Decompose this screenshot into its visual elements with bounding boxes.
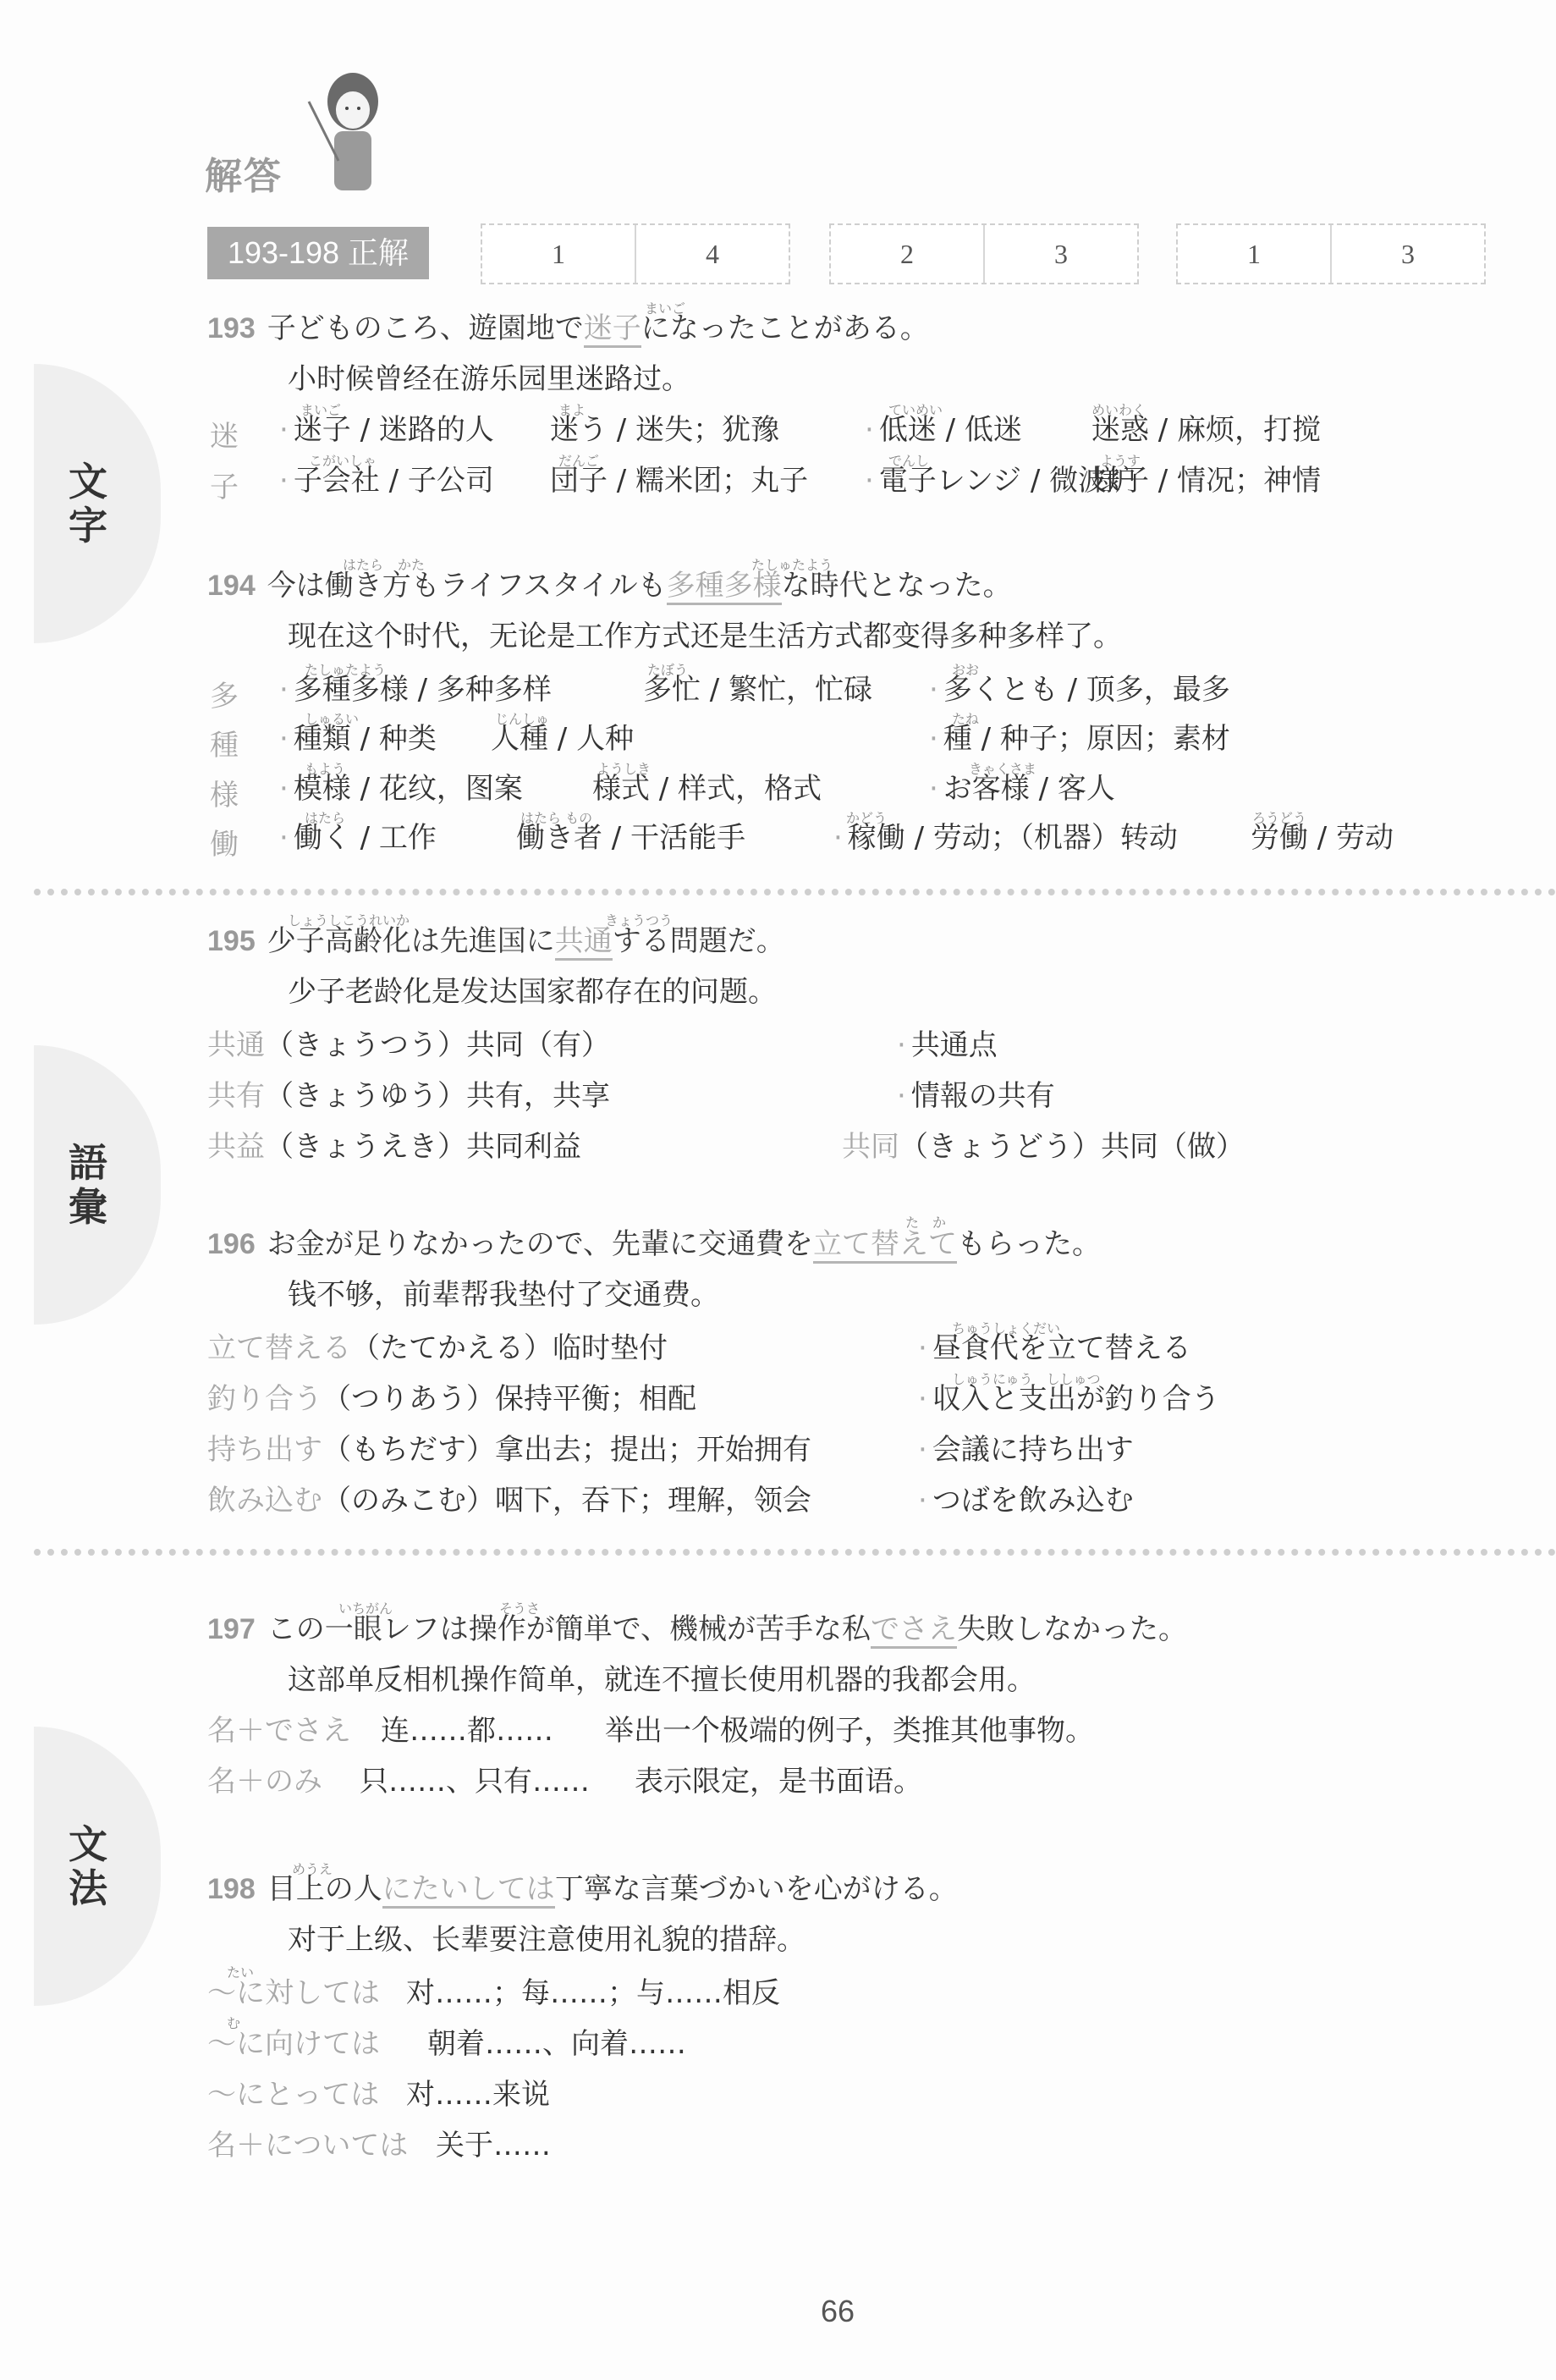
grammar-term: 名＋については <box>207 2129 436 2162</box>
vocab-term: 飲み込む <box>207 1484 322 1518</box>
answer-group-3: 1 3 <box>1176 223 1486 284</box>
vocab-term: 持ち出す <box>207 1433 322 1467</box>
answer-highlight: 多種多様 <box>667 569 782 605</box>
question-195: 195少子高齢化は先進国に共通する問題だ。 <box>207 924 785 958</box>
question-text: な時代となった。 <box>782 569 1012 603</box>
vocab-reading: （きょうゆう） <box>265 1079 466 1113</box>
vocab-text: 様子 / 情况；神情 <box>1091 464 1321 498</box>
example-text: 共通点 <box>911 1028 998 1062</box>
question-number: 196 <box>207 1228 256 1260</box>
answer-cell: 3 <box>983 225 1137 283</box>
vocab-item: ·模様 / 花纹，图案 <box>279 772 523 806</box>
answer-group-2: 2 3 <box>829 223 1139 284</box>
grammar-note: 举出一个极端的例子，类推其他事物。 <box>605 1714 1094 1748</box>
translation: 小时候曾经在游乐园里迷路过。 <box>288 362 690 396</box>
side-tab-bunpou: 文法 <box>34 1727 161 2006</box>
grammar-entry: 名＋については关于…… <box>207 2129 551 2162</box>
kanji-key: 様 <box>210 772 239 813</box>
example-text: 情報の共有 <box>911 1079 1055 1113</box>
vocab-item: 迷惑 / 麻烦，打搅 <box>1091 413 1321 447</box>
question-number: 193 <box>207 312 256 344</box>
vocab-example: ·共通点 <box>897 1028 998 1062</box>
vocab-item: 労働 / 劳动 <box>1251 821 1394 855</box>
answer-cell: 3 <box>1330 225 1484 283</box>
vocab-meaning: 共同利益 <box>466 1130 581 1164</box>
vocab-text: お客様 / 客人 <box>943 772 1115 806</box>
vocab-item: 様式 / 样式，格式 <box>592 772 822 806</box>
vocab-text: 低迷 / 低迷 <box>879 413 1022 447</box>
vocab-text: 種類 / 种类 <box>294 722 437 756</box>
page-title: 解答 <box>205 146 283 200</box>
grammar-term: ～に対しては <box>207 1976 406 2010</box>
vocab-reading: （きょうえき） <box>265 1130 466 1164</box>
example-text: 収入と支出が釣り合う <box>932 1382 1220 1416</box>
question-number: 195 <box>207 925 256 957</box>
question-text: お金が足りなかったので、先輩に交通費を <box>267 1227 813 1261</box>
vocab-term: 共同 <box>842 1130 899 1164</box>
vocab-example: ·収入と支出が釣り合う <box>918 1382 1220 1416</box>
example-text: 会議に持ち出す <box>932 1433 1134 1467</box>
vocab-item: ·種類 / 种类 <box>279 722 437 756</box>
grammar-meaning: 只……、只有…… <box>360 1765 635 1799</box>
grammar-meaning: 对……；每……；与……相反 <box>406 1976 780 2010</box>
vocab-item: ·低迷 / 低迷 <box>865 413 1022 447</box>
question-text: する問題だ。 <box>613 924 785 958</box>
side-tab-label: 語彙 <box>66 1141 110 1229</box>
question-text: 目上の人 <box>267 1872 382 1906</box>
kanji-key: 働 <box>210 821 239 862</box>
teacher-illustration-icon <box>300 68 393 203</box>
answer-cell: 1 <box>1178 225 1330 283</box>
vocab-reading: （のみこむ） <box>322 1484 495 1518</box>
vocab-meaning: 拿出去；提出；开始拥有 <box>495 1433 811 1467</box>
grammar-note: 表示限定，是书面语。 <box>635 1765 922 1799</box>
question-text: 子どものころ、遊園地で <box>267 311 584 345</box>
vocab-meaning: 共同（有） <box>466 1028 610 1062</box>
answer-range-badge: 193-198 正解 <box>207 227 429 279</box>
translation: 这部单反相机操作简单，就连不擅长使用机器的我都会用。 <box>288 1663 1036 1697</box>
vocab-entry: 共通（きょうつう）共同（有） <box>207 1028 610 1062</box>
grammar-entry: 名＋でさえ连……都……举出一个极端的例子，类推其他事物。 <box>207 1714 1094 1748</box>
vocab-entry: 釣り合う（つりあう）保持平衡；相配 <box>207 1382 696 1416</box>
side-tab-label: 文法 <box>66 1822 110 1910</box>
question-text: になったことがある。 <box>641 311 929 345</box>
grammar-meaning: 连……都…… <box>381 1714 605 1748</box>
translation: 现在这个时代，无论是工作方式还是生活方式都变得多种多样了。 <box>288 620 1122 653</box>
question-number: 194 <box>207 570 256 602</box>
question-196: 196お金が足りなかったので、先輩に交通費を立て替えてもらった。 <box>207 1227 1101 1261</box>
question-number: 198 <box>207 1873 256 1905</box>
question-text: 失敗しなかった。 <box>957 1612 1187 1646</box>
answer-cell: 2 <box>831 225 983 283</box>
grammar-meaning: 对……来说 <box>406 2078 550 2112</box>
kanji-key: 多 <box>210 673 239 714</box>
answer-highlight: 立て替えて <box>813 1227 957 1264</box>
vocab-term: 立て替える <box>207 1331 351 1365</box>
section-divider <box>34 889 1556 895</box>
vocab-term: 共益 <box>207 1130 265 1164</box>
answer-cell: 4 <box>635 225 789 283</box>
vocab-item: ·稼働 / 劳动；（机器）转动 <box>833 821 1178 855</box>
vocab-text: 多忙 / 繁忙，忙碌 <box>643 673 872 707</box>
question-198: 198目上の人にたいしては丁寧な言葉づかいを心がける。 <box>207 1872 958 1906</box>
grammar-term: ～に向けては <box>207 2027 427 2061</box>
grammar-entry: ～に向けては朝着……、向着…… <box>207 2027 686 2061</box>
answer-highlight: にたいしては <box>382 1872 555 1909</box>
question-text: 少子高齢化は先進国に <box>267 924 555 958</box>
vocab-entry: 共益（きょうえき）共同利益 <box>207 1130 581 1164</box>
answer-highlight: 迷子 <box>584 311 641 348</box>
vocab-entry: 共有（きょうゆう）共有，共享 <box>207 1079 610 1113</box>
vocab-reading: （きょうつう） <box>265 1028 466 1062</box>
grammar-entry: ～にとっては对……来说 <box>207 2078 550 2112</box>
vocab-text: 多種多様 / 多种多样 <box>294 673 552 707</box>
vocab-text: 様式 / 样式，格式 <box>592 772 822 806</box>
grammar-meaning: 朝着……、向着…… <box>427 2027 686 2061</box>
kanji-key: 子 <box>210 464 239 505</box>
question-text: この一眼レフは操作が簡単で、機械が苦手な私 <box>267 1612 871 1646</box>
vocab-text: 迷う / 迷失；犹豫 <box>550 413 779 447</box>
example-text: つばを飲み込む <box>932 1484 1134 1518</box>
vocab-meaning: 咽下，吞下；理解，领会 <box>495 1484 811 1518</box>
kanji-key: 種 <box>210 722 239 763</box>
grammar-entry: ～に対しては对……；每……；与……相反 <box>207 1976 780 2010</box>
vocab-text: 迷惑 / 麻烦，打搅 <box>1091 413 1321 447</box>
question-197: 197この一眼レフは操作が簡単で、機械が苦手な私でさえ失敗しなかった。 <box>207 1612 1187 1646</box>
side-tab-label: 文字 <box>66 460 110 548</box>
vocab-text: 多くとも / 顶多，最多 <box>943 673 1230 707</box>
vocab-item: 多忙 / 繁忙，忙碌 <box>643 673 872 707</box>
vocab-term: 共通 <box>207 1028 265 1062</box>
question-text: もらった。 <box>957 1227 1101 1261</box>
vocab-item: ·種 / 种子；原因；素材 <box>929 722 1230 756</box>
side-tab-goi: 語彙 <box>34 1045 161 1325</box>
vocab-text: 団子 / 糯米团；丸子 <box>550 464 808 498</box>
vocab-item: ·多種多様 / 多种多样 <box>279 673 552 707</box>
vocab-item: ·多くとも / 顶多，最多 <box>929 673 1230 707</box>
vocab-text: 子会社 / 子公司 <box>294 464 494 498</box>
grammar-term: 名＋でさえ <box>207 1714 381 1748</box>
question-194: 194今は働き方もライフスタイルも多種多様な時代となった。 <box>207 569 1012 603</box>
grammar-term: ～にとっては <box>207 2078 406 2112</box>
question-193: 193子どものころ、遊園地で迷子になったことがある。 <box>207 311 929 345</box>
question-number: 197 <box>207 1613 256 1645</box>
vocab-term: 共有 <box>207 1079 265 1113</box>
answer-cell: 1 <box>482 225 635 283</box>
translation: 少子老龄化是发达国家都存在的问题。 <box>288 975 777 1009</box>
vocab-reading: （もちだす） <box>322 1433 495 1467</box>
vocab-reading: （たてかえる） <box>351 1331 553 1365</box>
vocab-item: ·お客様 / 客人 <box>929 772 1115 806</box>
vocab-item: 団子 / 糯米团；丸子 <box>550 464 808 498</box>
vocab-item: 迷う / 迷失；犹豫 <box>550 413 779 447</box>
page-number: 66 <box>821 2294 855 2329</box>
vocab-item: 働き者 / 干活能手 <box>516 821 745 855</box>
vocab-entry: 共同（きょうどう）共同（做） <box>842 1130 1245 1164</box>
vocab-reading: （きょうどう） <box>899 1130 1101 1164</box>
vocab-item: 人種 / 人种 <box>491 722 634 756</box>
vocab-text: 人種 / 人种 <box>491 722 634 756</box>
question-text: 今は働き方もライフスタイルも <box>267 569 667 603</box>
vocab-item: 様子 / 情况；神情 <box>1091 464 1321 498</box>
vocab-example: ·つばを飲み込む <box>918 1484 1134 1518</box>
vocab-text: 模様 / 花纹，图案 <box>294 772 523 806</box>
vocab-item: ·子会社 / 子公司 <box>279 464 494 498</box>
vocab-example: ·会議に持ち出す <box>918 1433 1134 1467</box>
side-tab-moji: 文字 <box>34 364 161 643</box>
vocab-entry: 飲み込む（のみこむ）咽下，吞下；理解，领会 <box>207 1484 811 1518</box>
vocab-text: 働き者 / 干活能手 <box>516 821 745 855</box>
grammar-entry: 名＋のみ只……、只有……表示限定，是书面语。 <box>207 1765 922 1799</box>
answer-highlight: でさえ <box>871 1612 957 1649</box>
vocab-meaning: 保持平衡；相配 <box>495 1382 696 1416</box>
vocab-example: ·昼食代を立て替える <box>918 1331 1191 1365</box>
question-text: 丁寧な言葉づかいを心がける。 <box>555 1872 958 1906</box>
grammar-term: 名＋のみ <box>207 1765 360 1799</box>
grammar-meaning: 关于…… <box>436 2129 551 2162</box>
vocab-item: ·迷子 / 迷路的人 <box>279 413 494 447</box>
example-text: 昼食代を立て替える <box>932 1331 1191 1365</box>
kanji-key: 迷 <box>210 413 239 455</box>
answer-group-1: 1 4 <box>481 223 790 284</box>
answer-highlight: 共通 <box>555 924 613 961</box>
vocab-text: 種 / 种子；原因；素材 <box>943 722 1230 756</box>
vocab-meaning: 共同（做） <box>1101 1130 1245 1164</box>
vocab-reading: （つりあう） <box>322 1382 495 1416</box>
vocab-text: 働く / 工作 <box>294 821 437 855</box>
vocab-text: 迷子 / 迷路的人 <box>294 413 494 447</box>
translation: 钱不够，前辈帮我垫付了交通费。 <box>288 1278 719 1312</box>
vocab-meaning: 共有，共享 <box>466 1079 610 1113</box>
section-divider <box>34 1549 1556 1556</box>
vocab-entry: 持ち出す（もちだす）拿出去；提出；开始拥有 <box>207 1433 811 1467</box>
vocab-text: 稼働 / 劳动；（机器）转动 <box>848 821 1178 855</box>
vocab-meaning: 临时垫付 <box>553 1331 668 1365</box>
vocab-example: ·情報の共有 <box>897 1079 1055 1113</box>
translation: 对于上级、长辈要注意使用礼貌的措辞。 <box>288 1923 805 1957</box>
vocab-entry: 立て替える（たてかえる）临时垫付 <box>207 1331 668 1365</box>
vocab-text: 労働 / 劳动 <box>1251 821 1394 855</box>
vocab-item: ·働く / 工作 <box>279 821 437 855</box>
vocab-term: 釣り合う <box>207 1382 322 1416</box>
